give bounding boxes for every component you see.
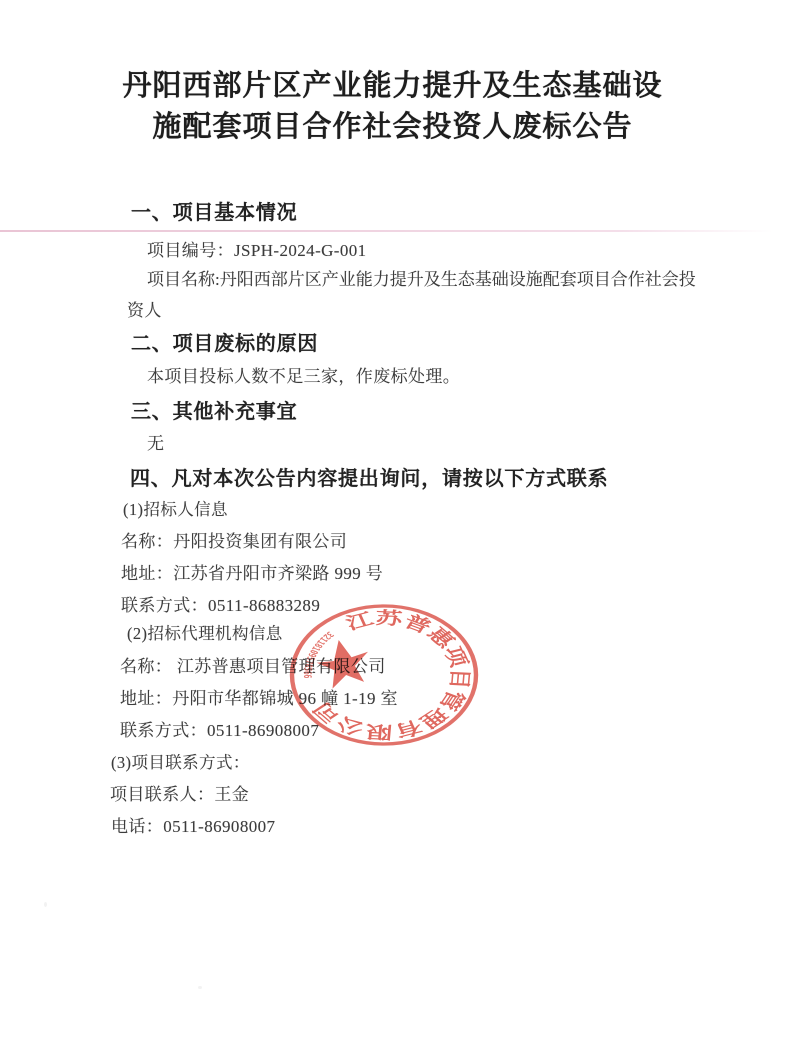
cancellation-reason: 本项目投标人数不足三家，作废标处理。 xyxy=(147,362,460,387)
scanned-announcement-page: 丹阳西部片区产业能力提升及生态基础设 施配套项目合作社会投资人废标公告 一、项目… xyxy=(0,0,785,1055)
project-name: 项目名称:丹阳西部片区产业能力提升及生态基础设施配套项目合作社会投 xyxy=(147,265,696,290)
seal-registration-code: 32118109578566 xyxy=(294,627,337,682)
scan-speck xyxy=(44,902,47,907)
section2-heading: 二、项目废标的原因 xyxy=(131,327,318,356)
project-number: 项目编号：JSPH-2024-G-001 xyxy=(147,236,367,261)
project-name-continued: 资人 xyxy=(127,296,162,321)
company-seal: 江苏普惠项目管理有限公司 32118109578566 xyxy=(279,590,489,760)
agency-info-label: (2)招标代理机构信息 xyxy=(127,620,283,644)
svg-text:江苏普惠项目管理有限公司: 江苏普惠项目管理有限公司 xyxy=(291,594,489,760)
scan-artifact-line xyxy=(0,230,773,232)
project-contact-phone: 电话：0511-86908007 xyxy=(111,812,275,837)
document-title-line-1: 丹阳西部片区产业能力提升及生态基础设 xyxy=(0,66,785,107)
supplement-note: 无 xyxy=(147,429,164,454)
document-title: 丹阳西部片区产业能力提升及生态基础设 施配套项目合作社会投资人废标公告 xyxy=(0,66,785,148)
project-contact-label: (3)项目联系方式： xyxy=(111,749,250,773)
section4-heading: 四、凡对本次公告内容提出询问，请按以下方式联系 xyxy=(130,462,608,491)
bidder-name: 名称：丹阳投资集团有限公司 xyxy=(121,527,347,552)
document-title-line-2: 施配套项目合作社会投资人废标公告 xyxy=(0,107,785,148)
scan-speck xyxy=(198,986,202,989)
bidder-address: 地址：江苏省丹阳市齐梁路 999 号 xyxy=(121,559,383,584)
svg-text:32118109578566: 32118109578566 xyxy=(294,627,337,682)
project-contact-person: 项目联系人：王金 xyxy=(110,780,249,805)
seal-company-name: 江苏普惠项目管理有限公司 xyxy=(291,594,489,760)
section3-heading: 三、其他补充事宜 xyxy=(131,395,297,424)
bidder-info-label: (1)招标人信息 xyxy=(123,496,228,520)
section1-heading: 一、项目基本情况 xyxy=(131,196,297,225)
